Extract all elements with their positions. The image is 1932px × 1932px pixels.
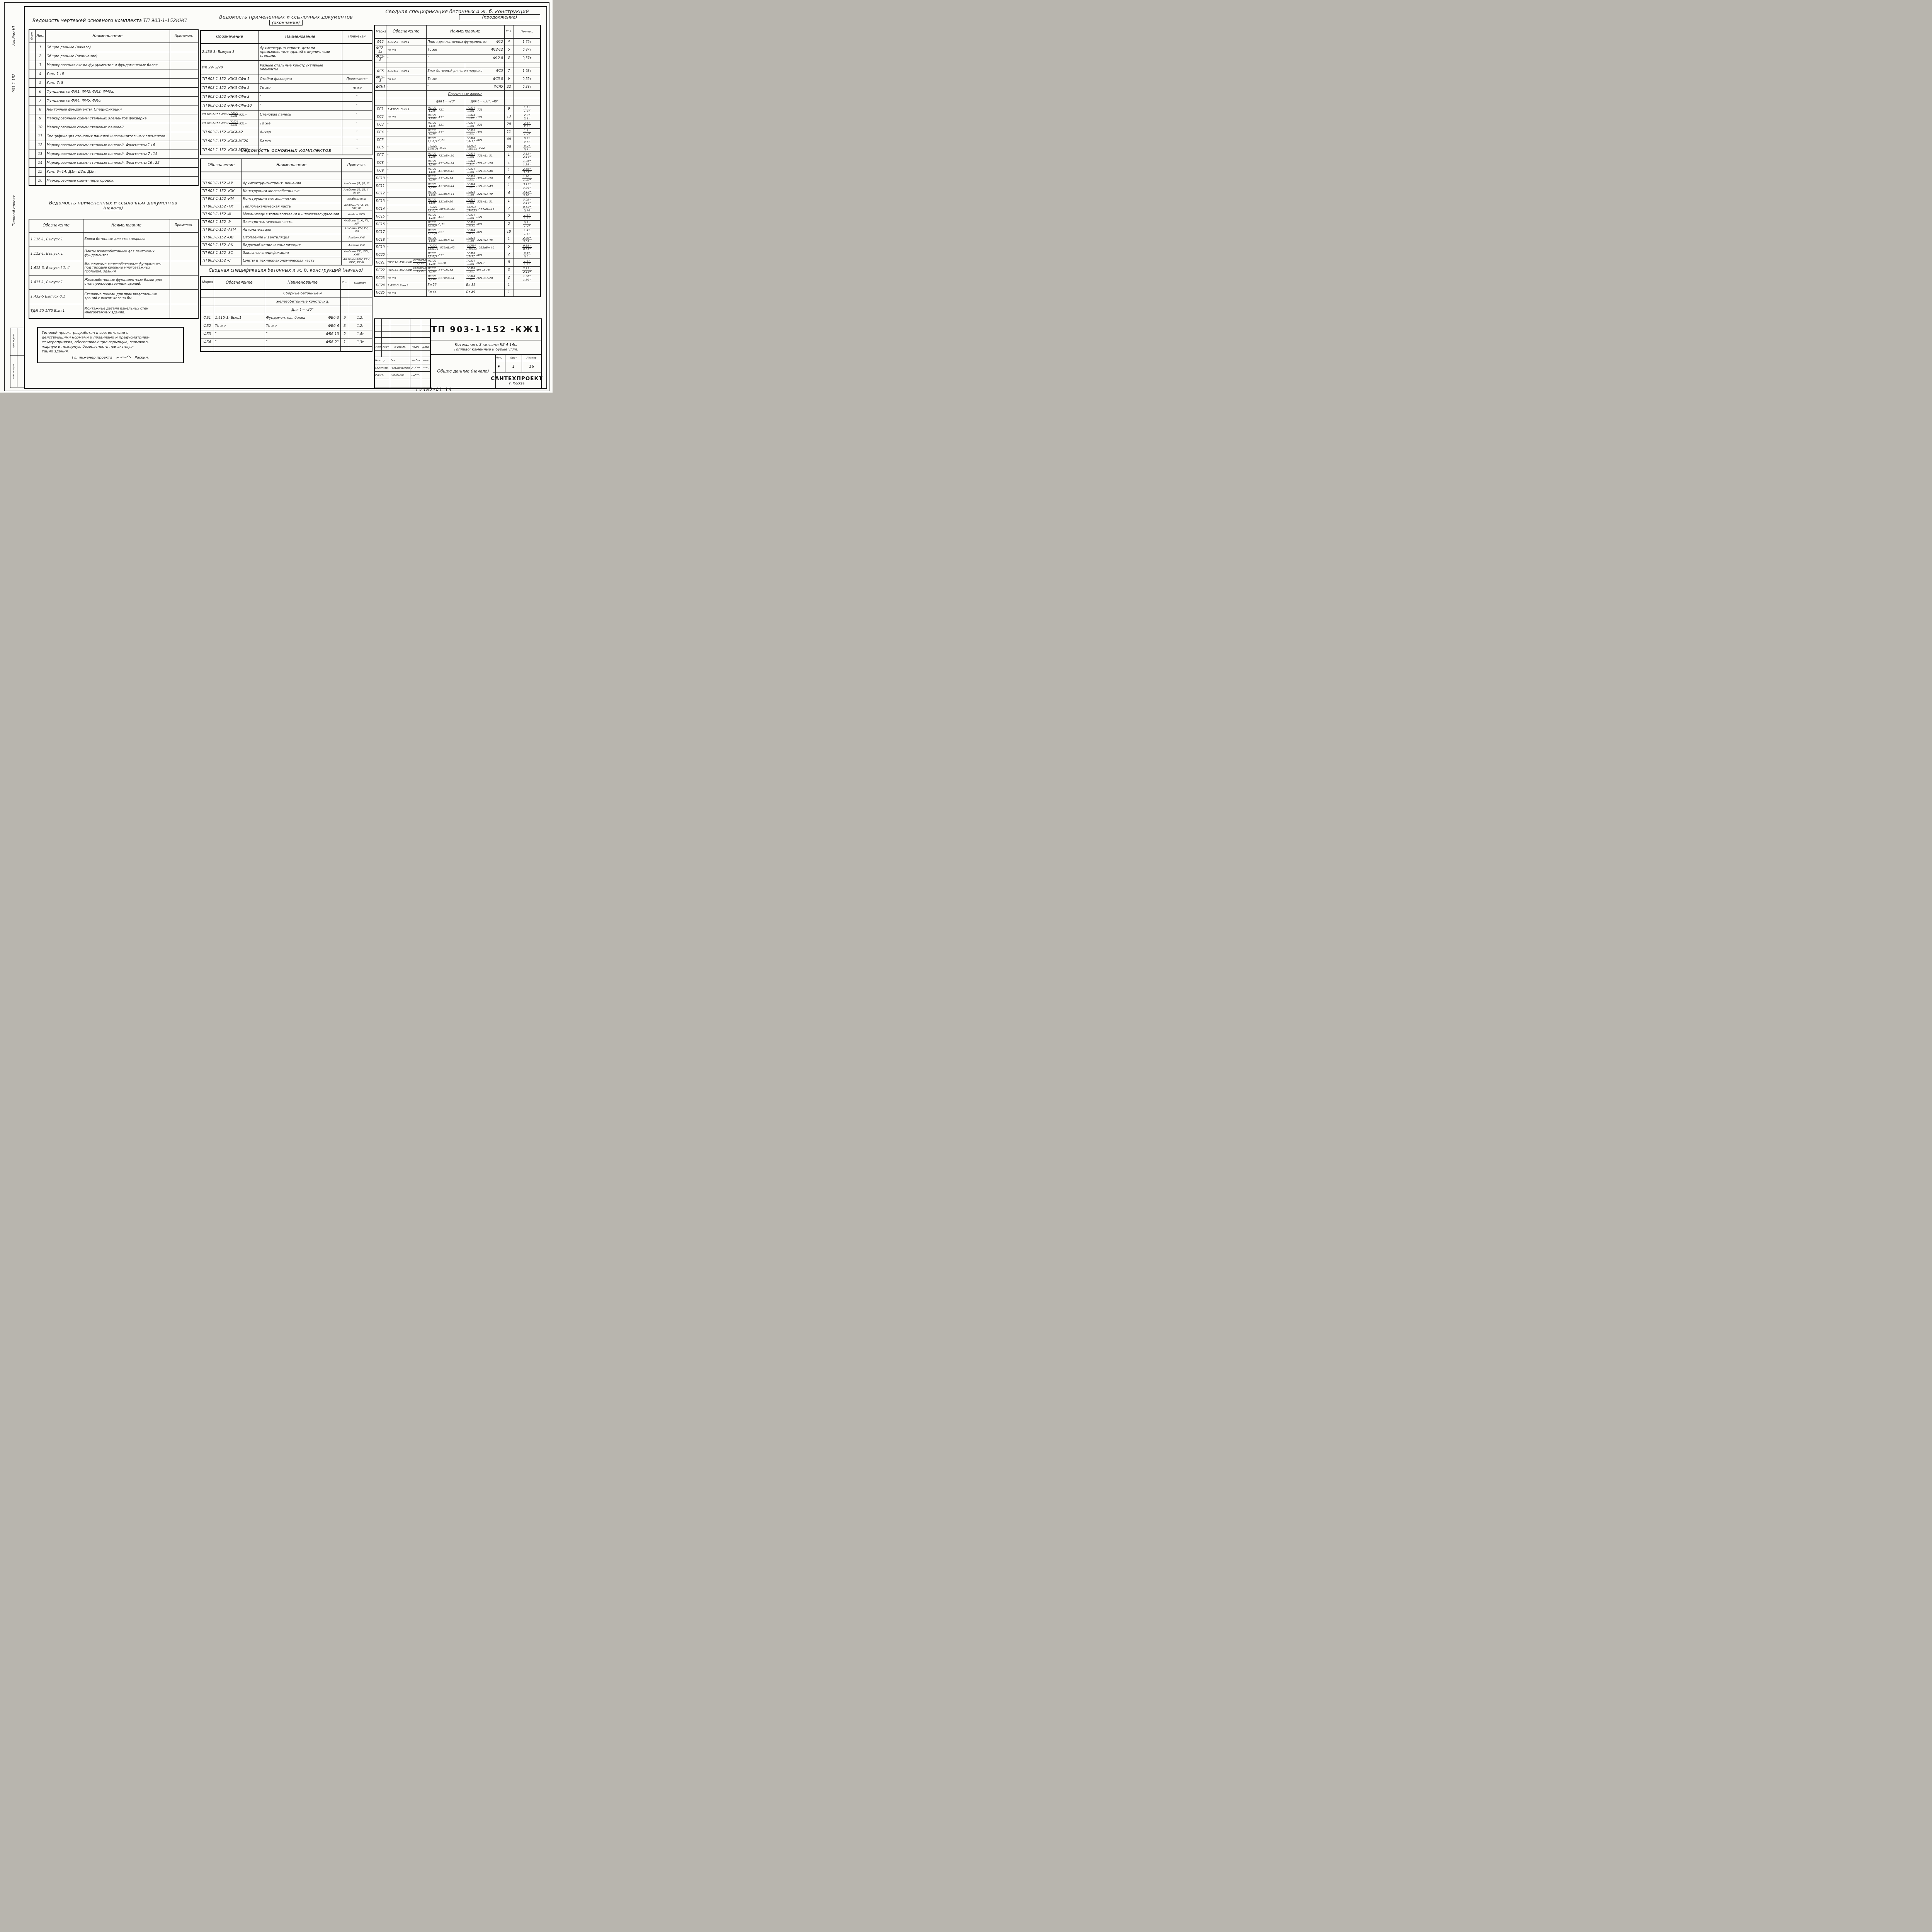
- table-row: 4Узлы 1÷6: [29, 70, 198, 79]
- designation: то же: [386, 113, 426, 121]
- spec-cont-subtitle: (продолжение): [459, 14, 540, 20]
- note-cell: [170, 141, 198, 150]
- quantity: 1: [504, 236, 514, 243]
- designation: то же: [386, 75, 426, 83]
- spec-begin-title: Сводная спецификация бетонных и ж. б. ко…: [200, 267, 372, 273]
- organization: САНТЕХПРОЕКТ г. Москва: [493, 372, 541, 388]
- designation: ″: [386, 175, 426, 182]
- designation: [201, 172, 241, 180]
- document-name: Плиты железобетонные для ленточных фунда…: [83, 247, 170, 261]
- stacked-value: 2,89т3,01т: [522, 167, 532, 174]
- object-line1: Котельная с 3 котлами КЕ-4-14с.: [455, 343, 517, 347]
- stacked-value: 2,8т2,9т: [523, 121, 531, 128]
- designation-column-header: Обозначение: [201, 159, 241, 172]
- designation: ″: [386, 228, 426, 236]
- revision-empty-cell: [421, 325, 430, 332]
- document-name: Архитектурно-строит. решения: [241, 180, 341, 188]
- table-row: 5Узлы 7; 8: [29, 79, 198, 88]
- note: Альбомы X, XI, XII; XIII: [341, 219, 372, 226]
- chief-engineer-name: Раскин.: [134, 355, 149, 360]
- mark: [374, 98, 386, 105]
- empty-cell: [340, 347, 349, 352]
- designation: [386, 98, 426, 105]
- sheet-column-header: Лист: [35, 30, 45, 43]
- item-t20: ПСЛ201,2х6-121: [426, 213, 465, 221]
- item-t20: ПСЛ201,8х6-321иБл-42: [426, 236, 465, 243]
- date-scribble: [422, 359, 429, 362]
- fraction: ПСЛ241,2х6: [466, 160, 476, 166]
- mark: ПС3: [374, 121, 386, 129]
- fraction: ПСЛ201,2х3,0: [428, 222, 437, 228]
- weight-note: 3,13т3,26т: [514, 182, 541, 190]
- table-row: ПС17″ПСЛ201,8х3,0-021ПСЛ241,8х3,0-021101…: [374, 228, 541, 236]
- table-row: ПС16″ПСЛ201,2х3,0-0,21ПСЛ241,2х3,0-02120…: [374, 221, 541, 228]
- quantity: 11: [504, 128, 514, 136]
- item-name: Плита для ленточных фундаментовФ12: [426, 38, 504, 46]
- note: [170, 304, 198, 319]
- designation: ТДМ 25-1/70 Вып.1: [29, 304, 83, 319]
- designation: ИИ 29- 2/70: [201, 61, 259, 75]
- quantity: 2: [504, 213, 514, 221]
- revision-empty-cell: [390, 351, 410, 357]
- revision-empty-cell: [375, 319, 382, 325]
- designation: 1.116-1, Выпуск 1: [29, 232, 83, 247]
- date-cell: [421, 364, 430, 372]
- form-cell: [29, 132, 35, 141]
- stacked-value: 2,89т3,01т: [522, 236, 532, 243]
- item-name: То жеФ12-12: [426, 46, 504, 54]
- drawings-register-title: Ведомость чертежей основного комплекта Т…: [32, 18, 187, 23]
- fraction: ПСЛ241,2х6: [466, 260, 476, 266]
- note: [170, 276, 198, 290]
- designation-column-header: Обозначение: [29, 219, 83, 232]
- qty-column-header: Кол.: [504, 25, 514, 38]
- mark: Ф12-12: [374, 46, 386, 54]
- fraction: ПСЛ241,2х6: [466, 276, 476, 281]
- designation: [214, 306, 265, 314]
- stacked-value: 1,9т1,9т: [523, 213, 531, 220]
- document-name: То же: [259, 84, 342, 93]
- document-name: Конструкции металлические: [241, 196, 341, 203]
- item-name: То жеФС5-8: [426, 75, 504, 83]
- sheet-value: 1: [505, 361, 522, 372]
- item-t20: ПСЛ201,8х6-321иБл-44: [426, 190, 465, 197]
- fraction: ПСЛ241,8х3,0: [466, 230, 476, 235]
- stamp-label-inv: Инв. N подл.: [12, 364, 15, 379]
- document-name: Монтажные детали панельных стен многоэта…: [83, 304, 170, 319]
- table-row: ТП 903-1-152 -АРАрхитектурно-строит. реш…: [201, 180, 372, 188]
- note-column-header: Примечан.: [341, 159, 372, 172]
- item-name: ″Ф12-8: [426, 54, 504, 63]
- signature-scribble: [411, 359, 420, 362]
- note-cell: [170, 177, 198, 186]
- stamp-cell: Инв. N подл.: [10, 356, 17, 387]
- fraction: ПСЛ201,8х6: [428, 184, 437, 189]
- stamp-cell: [17, 328, 24, 356]
- fraction: ПСЛ241,2х6: [466, 153, 476, 159]
- quantity: 3: [340, 322, 349, 330]
- designation: ТП 903-1-152 -АТМ: [201, 226, 241, 234]
- document-name: Балка: [259, 137, 342, 146]
- note-line: Типовой проект разработан в соответствии…: [42, 331, 179, 335]
- document-name: Стеновые панели для производственных зда…: [83, 290, 170, 304]
- note-column-header: Примечан.: [170, 219, 198, 232]
- note: ″: [342, 128, 372, 137]
- name-column-header: Наименование: [426, 25, 504, 38]
- quantity: [340, 298, 349, 306]
- item-t30: ПСЛ241,2х6921иБл31: [465, 267, 504, 274]
- note: Альбомы XXI; XXII; XXIII: [341, 250, 372, 257]
- empty-cell: [426, 63, 465, 68]
- fraction: ПСЛ241,8х6: [466, 237, 476, 243]
- table-row: ТП 903-1-152 -КЖИ-СФи-10″″: [201, 102, 372, 111]
- designation: ″: [386, 190, 426, 197]
- section-text: железобетонные конструкц.: [265, 298, 340, 306]
- stacked-value: 1,96т1,98т: [522, 175, 532, 182]
- drawing-name: Узлы 7; 8: [45, 79, 170, 88]
- weight-note: 1,9т1,9т: [514, 128, 541, 136]
- designation: ТП 903-1-152 -КЖИ-А2: [201, 128, 259, 137]
- note: [342, 44, 372, 61]
- ref-docs-begin-subtitle: (начала): [29, 206, 198, 211]
- organization-name: САНТЕХПРОЕКТ: [491, 376, 543, 382]
- revision-empty-cell: [421, 338, 430, 344]
- note-cell: [170, 43, 198, 52]
- table-row: Переменные данные: [374, 91, 541, 98]
- designation: ТП 903-1-152 -ЗС: [201, 250, 241, 257]
- spec-cont-title: Сводная спецификация бетонных и ж. б. ко…: [374, 9, 540, 20]
- name-column-header: Наименование: [83, 219, 170, 232]
- note: Альбомы XIV; XV; XVI: [341, 226, 372, 234]
- document-name: Заказные спецификации: [241, 250, 341, 257]
- item-t20: ПСЛ201,2х6-321иБл24: [426, 175, 465, 182]
- qty-column-header: Кол.: [340, 276, 349, 289]
- header-row: Марка Обозначение Наименование Кол. Прим…: [374, 25, 541, 38]
- fraction: ПСЛ201,8х0,75: [428, 145, 439, 151]
- signature-cell: [410, 357, 421, 364]
- table-row: ПС9″ПСЛ201,8х6-121иБл-42ПСЛ241,8х6-121иБ…: [374, 167, 541, 175]
- weight-note: 0,5т0,5т: [514, 251, 541, 259]
- person-name: Воробьева: [390, 372, 410, 379]
- item-t30: Бл 49: [465, 289, 504, 297]
- fraction: ПСЛ201,2х6: [428, 160, 437, 166]
- document-name: Стеновая панель: [259, 111, 342, 119]
- fraction: ПСЛ241,8х6: [466, 114, 476, 120]
- mark: ПС17: [374, 228, 386, 236]
- table-row: ПС10″ПСЛ201,2х6-321иБл24ПСЛ241,2х6-321иБ…: [374, 175, 541, 182]
- form-cell: [29, 177, 35, 186]
- name-column-header: Наименование: [241, 159, 341, 172]
- designation: ТП 903-1-152 -КМ: [201, 196, 241, 203]
- designation: ″: [386, 221, 426, 228]
- revision-empty-cell: [421, 332, 430, 338]
- mark: ПС11: [374, 182, 386, 190]
- spec-begin-table: Марка Обозначение Наименование Кол. Прим…: [200, 276, 372, 352]
- item-t30: Бл 31: [465, 282, 504, 289]
- spec-cont-table: Марка Обозначение Наименование Кол. Прим…: [374, 25, 541, 297]
- stacked-value: 0,39т0,51т: [522, 244, 532, 251]
- table-row: 2.430-3; Выпуск 3Архитектурно-строит. де…: [201, 44, 372, 61]
- form-cell: [29, 43, 35, 52]
- designation: то же: [386, 289, 426, 297]
- designation-column-header: Обозначение: [201, 31, 259, 44]
- drawing-name: Маркировочные схемы стеновых панелей. Фр…: [45, 141, 170, 150]
- mark: ПС13: [374, 197, 386, 205]
- designation: ″: [386, 182, 426, 190]
- designation: ″: [214, 338, 265, 347]
- table-row: ТП 903-1-152 -КЖИ-СФи-2То жето же: [201, 84, 372, 93]
- sheets-value: 16: [522, 361, 541, 372]
- margin-code-label: 903-1-152: [12, 73, 16, 92]
- table-row: [201, 347, 372, 352]
- fraction: ПСЛ201,2х6: [428, 107, 437, 113]
- table-row: ТП 903-1-152 -КЖИПСЛ241,2х6921иТо же″: [201, 119, 372, 128]
- mark-column-header: Марка: [374, 25, 386, 38]
- title-block-revision-grid: ИзмЛистN докум.Подп.ДатаНач.отдГинГл.кон…: [375, 319, 431, 388]
- note-line: ет мероприятия, обеспечивающие взрывную,…: [42, 340, 179, 345]
- fraction: ПСЛ241,2х1,5: [466, 253, 476, 259]
- signature-scribble: [411, 373, 420, 377]
- item-t20: ПСЛ201,2х6-921иБл-24: [426, 274, 465, 282]
- temp-minus30-header: для t = -30°, -40°: [465, 98, 504, 105]
- document-name: Блоки бетонные для стен подвала: [83, 232, 170, 247]
- weight-note: 1,2т: [349, 314, 372, 322]
- designation: [214, 289, 265, 298]
- table-row: ПС11.432-5, Вып.1ПСЛ201,2х6-721ПСЛ241,2х…: [374, 105, 541, 113]
- title-block-right: ТП 903-1-152 -КЖ1 Котельная с 3 котлами …: [431, 319, 541, 388]
- header-row: форм. Лист Наименование Примечан.: [29, 30, 198, 43]
- revision-column-header: Подп.: [410, 344, 421, 351]
- drawing-name: Узлы 1÷6: [45, 70, 170, 79]
- note: Прилагается: [342, 75, 372, 84]
- item-t30: ПСЛ241,8х6-121иБл-49: [465, 182, 504, 190]
- item-t20: ПСЛ201,8х6-121иБл-42: [426, 167, 465, 175]
- drawing-name: Маркировочные схемы стеновых панелей.: [45, 123, 170, 132]
- empty-cell: [465, 63, 504, 68]
- designation: 2.430-3; Выпуск 3: [201, 44, 259, 61]
- designation: ″: [386, 167, 426, 175]
- mark: ПС10: [374, 175, 386, 182]
- designation: ″: [386, 54, 426, 63]
- mark: ФСН5: [374, 83, 386, 91]
- designation: ТП 903-1-152 -ОВ: [201, 234, 241, 242]
- section-text: Переменные данные: [426, 91, 504, 98]
- note-cell: [170, 159, 198, 168]
- document-name: Сметы и технико-экономическая часть: [241, 257, 341, 265]
- lit-value: Р: [493, 361, 505, 372]
- drawing-name: Фундаменты ФМ4; ФМ5; ФМ6.: [45, 97, 170, 105]
- date-cell: [421, 357, 430, 364]
- item-t20: ПСЛ201,8х0,75-0,22: [426, 144, 465, 151]
- designation: ″: [214, 330, 265, 338]
- stacked-value: 0,5т0,5т: [523, 252, 531, 258]
- table-row: ПС12″ПСЛ201,8х6-321иБл-44ПСЛ241,8х6-321и…: [374, 190, 541, 197]
- note: ″: [342, 93, 372, 102]
- empty-cell: [349, 347, 372, 352]
- table-row: ТП 903-1-152 -КМКонструкции металлически…: [201, 196, 372, 203]
- document-name: То же: [259, 119, 342, 128]
- revision-empty-cell: [390, 379, 410, 388]
- weight-note: [514, 289, 541, 297]
- quantity: [504, 91, 514, 98]
- empty-cell: [214, 347, 265, 352]
- table-row: 7Фундаменты ФМ4; ФМ5; ФМ6.: [29, 97, 198, 105]
- table-row: ПС21ТП903-1-152-КЖИПСП20(24)1,2х6-921иПС…: [374, 259, 541, 267]
- sheet-number: 6: [35, 88, 45, 97]
- weight-note: 3,13т3,26т: [514, 190, 541, 197]
- table-row: ТП 903-1-152 -ОВОтопление и вентиляцияАл…: [201, 234, 372, 242]
- designation: ″: [386, 128, 426, 136]
- stacked-value: 0,9т1,0т: [523, 221, 531, 228]
- quantity: 10: [504, 228, 514, 236]
- mark: ФБ3: [201, 330, 214, 338]
- table-row: 6Фундаменты ФМ1; ФМ2; ФМ3; ФМ3а.: [29, 88, 198, 97]
- note-column-header: Примеч.: [349, 276, 372, 289]
- fraction: ПСЛ201,2х6: [428, 153, 437, 159]
- table-row: ТДМ 25-1/70 Вып.1Монтажные детали панель…: [29, 304, 198, 319]
- stacked-value: 1,96т1,96т: [522, 275, 532, 281]
- item-name: ″ФСН5: [426, 83, 504, 91]
- quantity: 1: [504, 159, 514, 167]
- table-row: ПС13″ПСЛ201,8х6-321иБл20ПСЛ241,8х6-321иБ…: [374, 197, 541, 205]
- empty-cell: [374, 63, 386, 68]
- weight-note: 1,96т1,98т: [514, 175, 541, 182]
- mark: Ф12: [374, 38, 386, 46]
- note-cell: [170, 52, 198, 61]
- table-row: ПС15″ПСЛ201,2х6-121ПСЛ241,2х6-12121,9т1,…: [374, 213, 541, 221]
- fraction: ПСЛ241,8х0,75: [466, 206, 477, 212]
- note-cell: [170, 123, 198, 132]
- sheet-number: 9: [35, 114, 45, 123]
- quantity: 1: [504, 182, 514, 190]
- fraction: ПСЛ241,8х0,75: [466, 145, 477, 151]
- fraction: ПСЛ241,8х6: [466, 191, 476, 197]
- form-cell: [29, 114, 35, 123]
- fraction: ПСЛ201,8х6: [428, 122, 437, 128]
- mark: ФБ2: [201, 322, 214, 330]
- stacked-value: 1,4т1,4т: [523, 229, 531, 235]
- quantity: 20: [504, 144, 514, 151]
- designation: ТП903-1-152-КЖИПСЛ20(24)1,2х6921и Бл: [386, 267, 426, 274]
- weight-note: 2,8т2,9т: [514, 113, 541, 121]
- sheet-label: Лист: [505, 355, 522, 361]
- revision-empty-cell: [390, 319, 410, 325]
- mark: ПС9: [374, 167, 386, 175]
- designation: 1.412-3, Выпуск I-1; II: [29, 261, 83, 276]
- table-row: Ф12-12то жеТо жеФ12-1250,87т: [374, 46, 541, 54]
- mark: ФБ1: [201, 314, 214, 322]
- designation: ″: [386, 151, 426, 159]
- table-row: 16Маркировочные схемы перегородок.: [29, 177, 198, 186]
- empty-cell: [201, 347, 214, 352]
- stacked-value: 2,8т2,9т: [523, 114, 531, 120]
- weight-note: 0,38т: [514, 83, 541, 91]
- revision-column-header: N докум.: [390, 344, 410, 351]
- table-row: ПС19″ПСЛ201,8х0,75-022иБл42ПСЛ241,8х0,75…: [374, 243, 541, 251]
- table-row: железобетонные конструкц.: [201, 298, 372, 306]
- table-row: 9Маркировочные схемы стальных элементов …: [29, 114, 198, 123]
- designation: ТП 903-1-152 -ВК: [201, 242, 241, 250]
- note: [349, 306, 372, 314]
- note: [341, 172, 372, 180]
- sheet-number: 3: [35, 61, 45, 70]
- designation-column-header: Обозначение: [386, 25, 426, 38]
- item-t20: ПСЛ201,2х6-721: [426, 105, 465, 113]
- sheet-number: 13: [35, 150, 45, 159]
- fraction: ПСЛ241,2х6: [466, 214, 476, 220]
- table-row: [374, 63, 541, 68]
- sheet-number: 5: [35, 79, 45, 88]
- revision-column-header: Дата: [421, 344, 430, 351]
- quantity: 7: [504, 205, 514, 213]
- designation: 1.432-5, Вып.1: [386, 105, 426, 113]
- designation: то же: [386, 46, 426, 54]
- designation: ТП 903-1-152 -С: [201, 257, 241, 265]
- table-row: 3Маркировочная схема фундаментов и фунда…: [29, 61, 198, 70]
- weight-note: 3,02т3,14т: [514, 197, 541, 205]
- table-row: ТП 903-1-152 -ССметы и технико-экономиче…: [201, 257, 372, 265]
- table-row: ТП 903-1-152 -ВКВодоснабжение и канализа…: [201, 242, 372, 250]
- table-row: ТП 903-1-152 -КЖКонструкции железобетонн…: [201, 188, 372, 196]
- designation: ТП 903-1-152 -КЖИ-СФи-3: [201, 93, 259, 102]
- weight-note: [514, 282, 541, 289]
- revision-empty-cell: [421, 351, 430, 357]
- revision-empty-cell: [375, 325, 382, 332]
- note-cell: [170, 79, 198, 88]
- table-row: ФБ11.415-1; Вып.1Фундаментная балкаФБ6-3…: [201, 314, 372, 322]
- stamp-label-podp: Подп. и дата: [12, 334, 15, 350]
- note: [514, 91, 541, 98]
- table-row: ФБ2То жеТо жеФБ6-431,2т: [201, 322, 372, 330]
- stacked-value: 1,9т1,9т: [523, 259, 531, 266]
- fraction: ПСЛ201,2х6: [428, 130, 437, 136]
- mark: [201, 298, 214, 306]
- drawing-name: Общие данные (окончание): [45, 52, 170, 61]
- title-block-mini-table: Лит. Лист Листов Р 1 16 САНТЕХПРОЕКТ г. …: [493, 355, 541, 388]
- stacked-value: 3,02т3,14т: [522, 198, 532, 205]
- mark: ПС22: [374, 267, 386, 274]
- stacked-value: 2,12т2,14т: [522, 152, 532, 159]
- signature-scribble: [115, 355, 131, 360]
- document-name: Анкер: [259, 128, 342, 137]
- drawing-name: Маркировочные схемы стеновых панелей. Фр…: [45, 159, 170, 168]
- table-row: ФСН5″″ФСН5220,38т: [374, 83, 541, 91]
- weight-note: 1,4т: [349, 330, 372, 338]
- empty-cell: [265, 347, 340, 352]
- table-row: ТП 903-1-152 -КЖИ-СФи-3″″: [201, 93, 372, 102]
- date-scribble: [422, 366, 429, 369]
- fraction: ПСЛ241,8х6: [466, 168, 476, 174]
- note-column-header: Примечан.: [170, 30, 198, 43]
- item-t30: ПСЛ241,8х6-321иБл-31: [465, 197, 504, 205]
- stacked-value: 1,9т1,9т: [523, 129, 531, 136]
- quantity: 4: [504, 175, 514, 182]
- fraction: ПСЛ201,2х6: [428, 276, 437, 281]
- table-row: ПС7″ПСЛ201,2х6-721иБл-26ПСЛ241,2х6-721иБ…: [374, 151, 541, 159]
- revision-empty-cell: [410, 351, 421, 357]
- fraction: ПСЛ201,8х0,75: [428, 245, 439, 251]
- quantity: [504, 98, 514, 105]
- sheet-number: 4: [35, 70, 45, 79]
- stacked-value: 1,96т1,98т: [522, 160, 532, 166]
- note: Альбомы II; III: [341, 196, 372, 203]
- designation: [386, 91, 426, 98]
- stamp-cell: Подп. и дата: [10, 328, 17, 356]
- weight-note: 0,63т0,76: [514, 205, 541, 213]
- sheet-number: 1: [35, 43, 45, 52]
- note-line: действующими нормами и правилами и преду…: [42, 335, 179, 340]
- designation: 1.415-1, Выпуск 1: [29, 276, 83, 290]
